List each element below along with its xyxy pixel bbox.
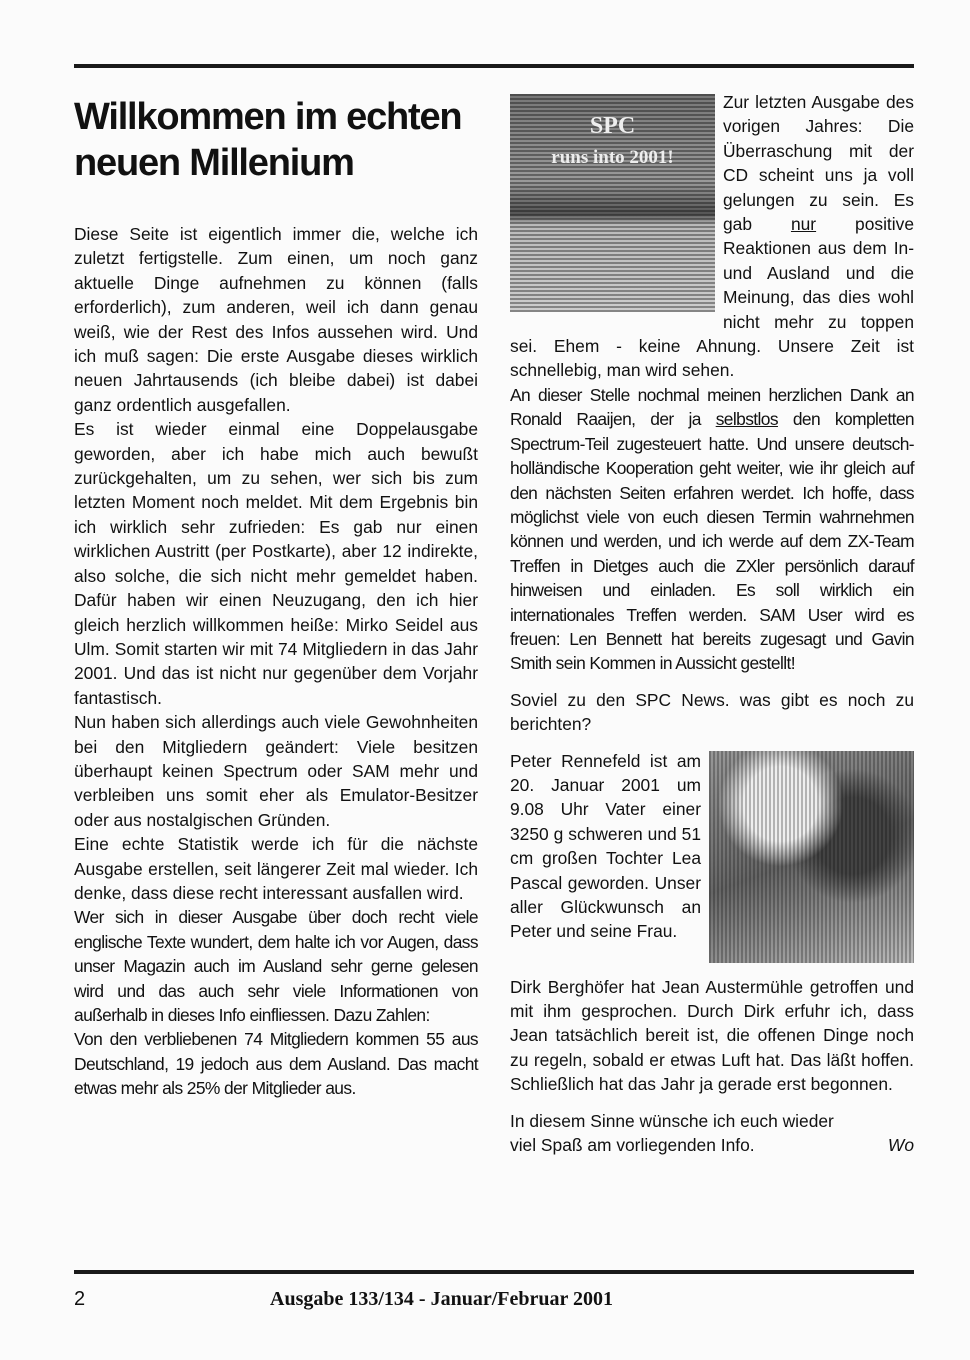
signature: Wo xyxy=(888,1133,914,1157)
closing-line: viel Spaß am vorliegenden Info. Wo xyxy=(510,1133,914,1157)
left-column: Willkommen im echten neuen Millenium Die… xyxy=(74,90,478,1101)
paragraph: Es ist wieder einmal eine Doppelausgabe … xyxy=(74,417,478,710)
article-title: Willkommen im echten neuen Millenium xyxy=(74,94,478,186)
title-line-2: neuen Millenium xyxy=(74,142,354,184)
baby-photo-image xyxy=(709,751,914,963)
text: Zur letzten Ausgabe des vorigen Jahres: … xyxy=(723,92,914,234)
title-line-1: Willkommen im echten xyxy=(74,96,461,138)
spc-game-screenshot-image: SPC runs into 2001! xyxy=(510,94,715,312)
paragraph: Wer sich in dieser Ausgabe über doch rec… xyxy=(74,905,478,1027)
paragraph: Soviel zu den SPC News. was gibt es noch… xyxy=(510,688,914,737)
image-caption-bottom: runs into 2001! xyxy=(510,146,715,170)
paragraph: In diesem Sinne wünsche ich euch wieder xyxy=(510,1109,914,1133)
paragraph: Diese Seite ist eigentlich immer die, we… xyxy=(74,222,478,417)
top-rule xyxy=(74,64,914,68)
text: den kompletten Spectrum-Teil zugesteuert… xyxy=(510,409,914,673)
text: viel Spaß am vorliegenden Info. xyxy=(510,1133,755,1157)
paragraph: Eine echte Statistik werde ich für die n… xyxy=(74,832,478,905)
bottom-rule xyxy=(74,1270,914,1274)
paragraph: Dirk Berghöfer hat Jean Austermühle getr… xyxy=(510,975,914,1097)
paragraph: Von den verbliebenen 74 Mitgliedern komm… xyxy=(74,1027,478,1100)
paragraph: Nun haben sich allerdings auch viele Gew… xyxy=(74,710,478,832)
underlined-text: selbstlos xyxy=(716,409,778,429)
underlined-text: nur xyxy=(791,214,816,234)
image-caption-top: SPC xyxy=(510,114,715,138)
issue-label: Ausgabe 133/134 - Januar/Februar 2001 xyxy=(270,1288,613,1311)
right-column: SPC runs into 2001! Zur letzten Ausgabe … xyxy=(510,90,914,1157)
page-number: 2 xyxy=(74,1288,85,1311)
paragraph: An dieser Stelle nochmal meinen herzlich… xyxy=(510,383,914,676)
